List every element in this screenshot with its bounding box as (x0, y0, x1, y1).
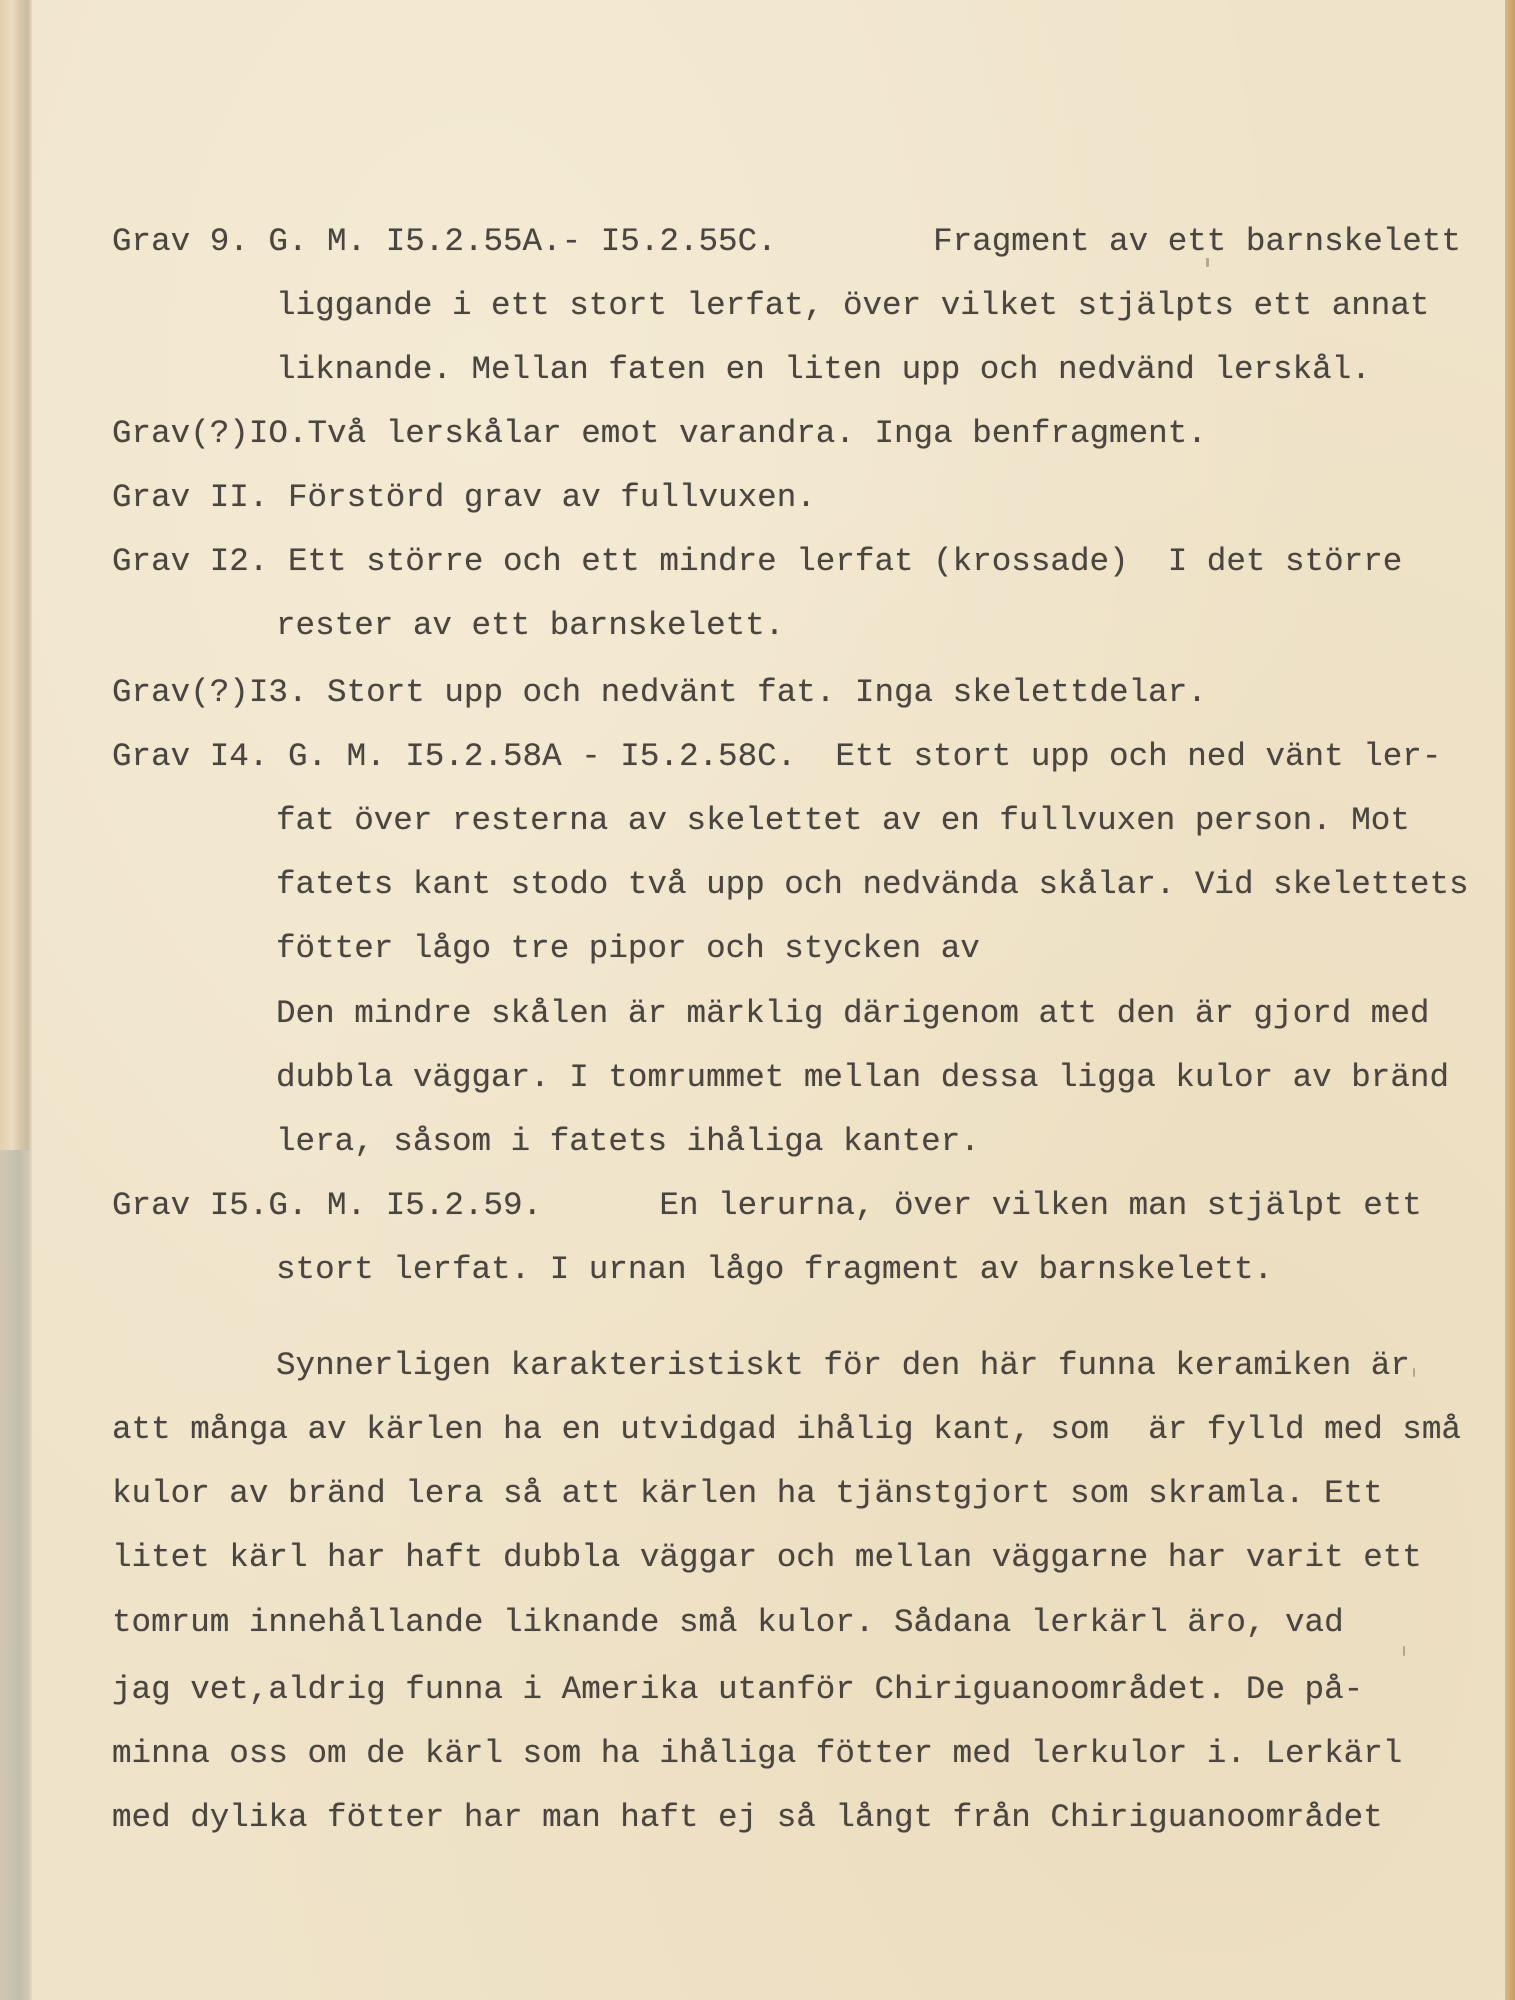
paper-speck (1206, 258, 1209, 267)
paragraph-line-5: tomrum innehållande liknande små kulor. … (112, 1603, 1344, 1643)
grave-14-line-1: Grav I4. G. M. I5.2.58A - I5.2.58C. Ett … (112, 737, 1441, 777)
grave-9-line-3: liknande. Mellan faten en liten upp och … (276, 350, 1371, 390)
paragraph-line-7: minna oss om de kärl som ha ihåliga fött… (112, 1734, 1402, 1774)
paragraph-line-4: litet kärl har haft dubbla väggar och me… (112, 1538, 1422, 1578)
grave-10-line-1: Grav(?)IO.Två lerskålar emot varandra. I… (112, 414, 1207, 454)
grave-14-line-4: fötter lågo tre pipor och stycken av (276, 929, 980, 969)
grave-11-line-1: Grav II. Förstörd grav av fullvuxen. (112, 478, 816, 518)
grave-13-line-1: Grav(?)I3. Stort upp och nedvänt fat. In… (112, 673, 1207, 713)
grave-14-line-7: lera, såsom i fatets ihåliga kanter. (276, 1122, 980, 1162)
paper-speck (1413, 1368, 1415, 1377)
paragraph-line-1: Synnerligen karakteristiskt för den här … (276, 1346, 1410, 1386)
paragraph-line-2: att många av kärlen ha en utvidgad ihåli… (112, 1410, 1461, 1450)
grave-9-line-1: Grav 9. G. M. I5.2.55A.- I5.2.55C. Fragm… (112, 222, 1461, 262)
grave-9-line-2: liggande i ett stort lerfat, över vilket… (276, 286, 1429, 326)
grave-14-line-6: dubbla väggar. I tomrummet mellan dessa … (276, 1058, 1449, 1098)
paragraph-line-8: med dylika fötter har man haft ej så lån… (112, 1798, 1383, 1838)
paragraph-line-6: jag vet,aldrig funna i Amerika utanför C… (112, 1670, 1363, 1710)
page-right-edge (1505, 0, 1515, 2000)
grave-12-line-2: rester av ett barnskelett. (276, 606, 784, 646)
paper-speck (1403, 1646, 1405, 1656)
page-binding-shadow (0, 1150, 30, 2000)
grave-15-line-2: stort lerfat. I urnan lågo fragment av b… (276, 1250, 1273, 1290)
grave-14-line-3: fatets kant stodo två upp och nedvända s… (276, 865, 1469, 905)
grave-14-line-5: Den mindre skålen är märklig därigenom a… (276, 994, 1429, 1034)
grave-12-line-1: Grav I2. Ett större och ett mindre lerfa… (112, 542, 1402, 582)
grave-14-line-2: fat över resterna av skelettet av en ful… (276, 801, 1410, 841)
paragraph-line-3: kulor av bränd lera så att kärlen ha tjä… (112, 1474, 1383, 1514)
grave-15-line-1: Grav I5.G. M. I5.2.59. En lerurna, över … (112, 1186, 1422, 1226)
